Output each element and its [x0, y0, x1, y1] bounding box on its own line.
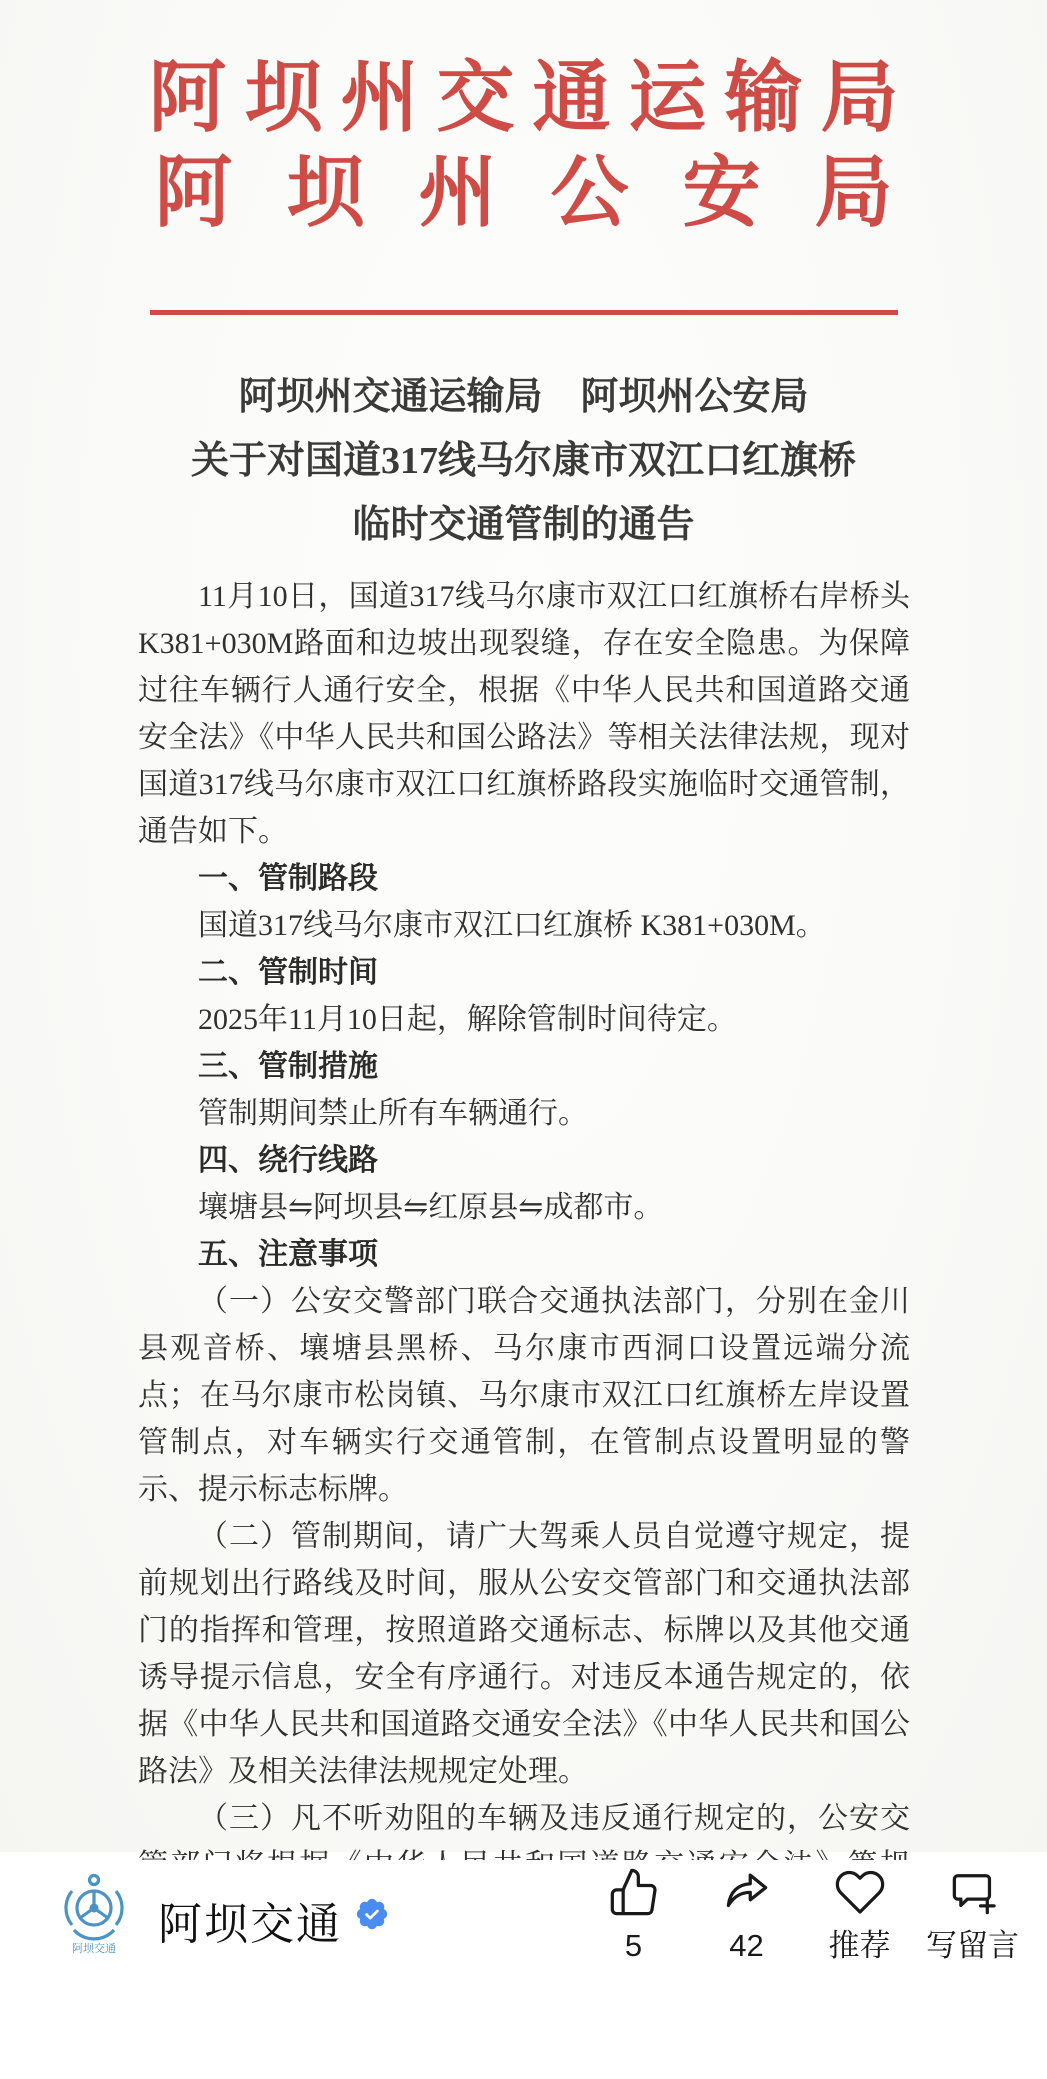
- heart-icon: [834, 1866, 886, 1918]
- notice-heading: 三、管制措施: [138, 1043, 910, 1090]
- account-name[interactable]: 阿坝交通: [158, 1888, 342, 1952]
- share-button[interactable]: 42: [690, 1866, 803, 1964]
- share-icon: [721, 1866, 773, 1918]
- notice-scan: 阿坝州交通运输局 阿坝州公安局 阿坝州交通运输局 阿坝州公安局 关于对国道317…: [0, 0, 1047, 1852]
- notice-paragraph: 2025年11月10日起，解除管制时间待定。: [138, 996, 910, 1043]
- notice-paragraph: 11月10日，国道317线马尔康市双江口红旗桥右岸桥头K381+030M路面和边…: [138, 573, 910, 855]
- notice-title-line-2: 关于对国道317线马尔康市双江口红旗桥: [0, 429, 1047, 493]
- comment-icon: [947, 1866, 999, 1918]
- letterhead-line-1: 阿坝州交通运输局: [0, 50, 1047, 145]
- notice-heading: 二、管制时间: [138, 949, 910, 996]
- notice-title-line-3: 临时交通管制的通告: [0, 493, 1047, 557]
- thumbs-up-icon: [608, 1866, 660, 1918]
- notice-body: 11月10日，国道317线马尔康市双江口红旗桥右岸桥头K381+030M路面和边…: [138, 573, 910, 1983]
- like-count: 5: [577, 1928, 690, 1964]
- notice-title: 阿坝州交通运输局 阿坝州公安局 关于对国道317线马尔康市双江口红旗桥 临时交通…: [0, 365, 1047, 557]
- share-count: 42: [690, 1928, 803, 1964]
- notice-heading: 五、注意事项: [138, 1231, 910, 1278]
- notice-paragraph: （二）管制期间，请广大驾乘人员自觉遵守规定，提前规划出行路线及时间，服从公安交管…: [138, 1513, 910, 1795]
- notice-paragraph: （一）公安交警部门联合交通执法部门，分别在金川县观音桥、壤塘县黑桥、马尔康市西洞…: [138, 1278, 910, 1513]
- recommend-label: 推荐: [803, 1928, 916, 1964]
- action-bar: 5 42 推荐 写留言: [577, 1866, 1029, 1964]
- notice-paragraph: 管制期间禁止所有车辆通行。: [138, 1090, 910, 1137]
- letterhead-line-2: 阿坝州公安局: [0, 145, 1047, 240]
- comment-button[interactable]: 写留言: [916, 1866, 1029, 1964]
- like-button[interactable]: 5: [577, 1866, 690, 1964]
- notice-title-line-1: 阿坝州交通运输局 阿坝州公安局: [0, 365, 1047, 429]
- comment-label: 写留言: [916, 1928, 1029, 1964]
- letterhead-divider: [150, 310, 898, 315]
- article-page: 阿坝州交通运输局 阿坝州公安局 阿坝州交通运输局 阿坝州公安局 关于对国道317…: [0, 0, 1047, 2079]
- letterhead: 阿坝州交通运输局 阿坝州公安局: [0, 0, 1047, 240]
- notice-paragraph: 壤塘县⇋阿坝县⇋红原县⇋成都市。: [138, 1184, 910, 1231]
- notice-paragraph: 国道317线马尔康市双江口红旗桥 K381+030M。: [138, 902, 910, 949]
- notice-heading: 四、绕行线路: [138, 1137, 910, 1184]
- recommend-button[interactable]: 推荐: [803, 1866, 916, 1964]
- account-avatar-logo[interactable]: 阿坝交通: [60, 1872, 128, 1958]
- footer-bar: 阿坝交通 阿坝交通 5: [0, 1860, 1047, 2079]
- account-info[interactable]: 阿坝交通 阿坝交通: [60, 1872, 388, 1958]
- verified-badge-icon: [356, 1898, 388, 1930]
- avatar-caption: 阿坝交通: [72, 1941, 116, 1955]
- notice-heading: 一、管制路段: [138, 855, 910, 902]
